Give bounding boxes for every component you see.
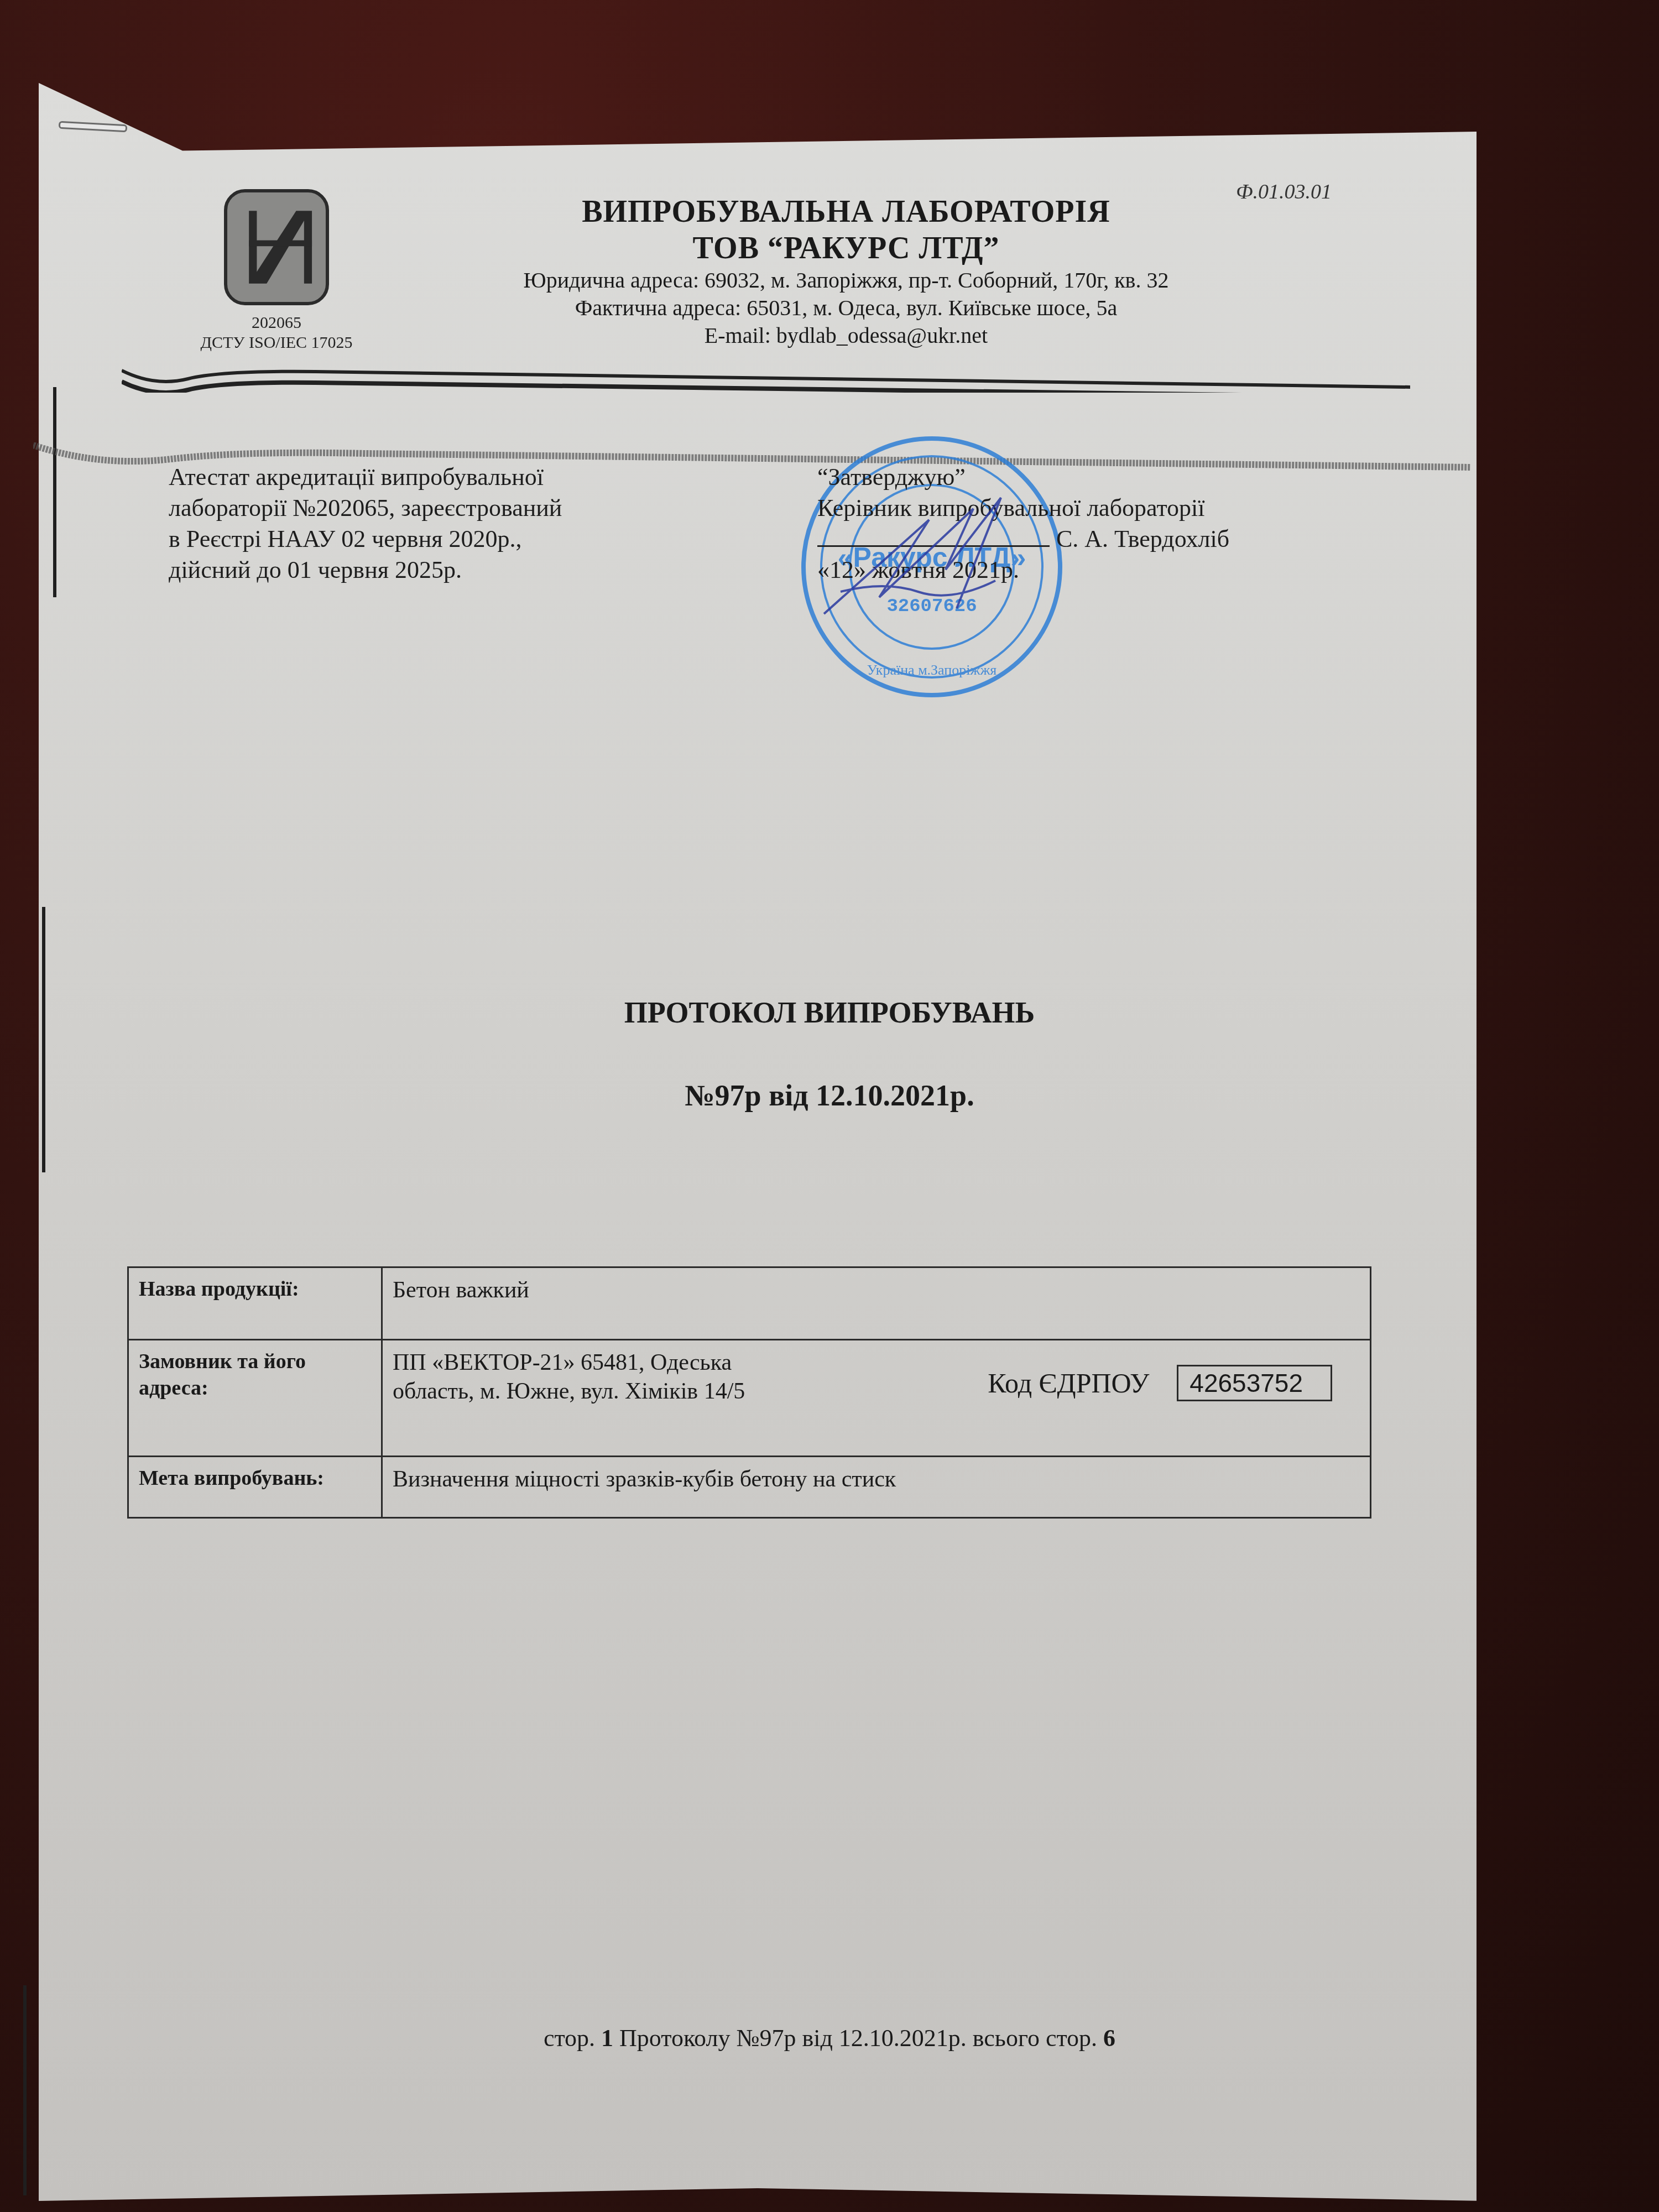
- customer-cell: ПП «ВЕКТОР-21» 65481, Одеська область, м…: [382, 1340, 1371, 1457]
- lab-header: ВИПРОБУВАЛЬНА ЛАБОРАТОРІЯ ТОВ “РАКУРС ЛТ…: [431, 194, 1261, 349]
- actual-address: Фактична адреса: 65031, м. Одеса, вул. К…: [431, 294, 1261, 322]
- customer-label: Замовник та його адреса:: [128, 1340, 382, 1457]
- accreditation-line: Атестат акредитації випробувальної: [169, 462, 562, 493]
- customer-line: область, м. Южне, вул. Хіміків 14/5: [393, 1377, 745, 1406]
- table-row: Замовник та його адреса: ПП «ВЕКТОР-21» …: [128, 1340, 1371, 1457]
- product-info-table: Назва продукції: Бетон важкий Замовник т…: [127, 1266, 1371, 1519]
- lab-logo-icon: [224, 189, 329, 305]
- footer-prefix: стор.: [544, 2025, 595, 2052]
- footer-total-pages: 6: [1103, 2025, 1115, 2052]
- table-row: Мета випробувань: Визначення міцності зр…: [128, 1457, 1371, 1518]
- lab-title-line2: ТОВ “РАКУРС ЛТД”: [431, 230, 1261, 267]
- margin-mark: [23, 1985, 27, 2195]
- accreditation-line: дійсний до 01 червня 2025р.: [169, 555, 562, 586]
- margin-mark: [42, 907, 45, 1172]
- table-row: Назва продукції: Бетон важкий: [128, 1267, 1371, 1340]
- page-footer: стор. 1 Протоколу №97р від 12.10.2021р. …: [0, 2024, 1659, 2052]
- document-page: [39, 83, 1477, 2201]
- stamp-city: Україна м.Запоріжжя: [867, 662, 997, 678]
- customer-address: ПП «ВЕКТОР-21» 65481, Одеська область, м…: [393, 1348, 745, 1406]
- lab-email: E-mail: bydlab_odessa@ukr.net: [431, 322, 1261, 349]
- accreditation-line: лабораторії №202065, зареєстрований: [169, 493, 562, 524]
- document-number: №97р від 12.10.2021р.: [0, 1078, 1659, 1113]
- purpose-label: Мета випробувань:: [128, 1457, 382, 1518]
- edrpou-field: Код ЄДРПОУ 42653752: [988, 1365, 1332, 1401]
- purpose-value: Визначення міцності зразків-кубів бетону…: [382, 1457, 1371, 1518]
- document-title: ПРОТОКОЛ ВИПРОБУВАНЬ: [0, 995, 1659, 1030]
- edrpou-value: 42653752: [1177, 1365, 1332, 1401]
- handwritten-signature: [818, 487, 1051, 630]
- signatory-name: С. А. Твердохліб: [1056, 525, 1229, 552]
- lab-title-line1: ВИПРОБУВАЛЬНА ЛАБОРАТОРІЯ: [431, 194, 1261, 230]
- product-value: Бетон важкий: [382, 1267, 1371, 1340]
- product-label: Назва продукції:: [128, 1267, 382, 1340]
- accreditation-line: в Реєстрі НААУ 02 червня 2020р.,: [169, 524, 562, 555]
- logo-caption: 202065 ДСТУ ISO/IEC 17025: [182, 313, 371, 353]
- footer-middle: Протоколу №97р від 12.10.2021р. всього с…: [619, 2025, 1097, 2052]
- logo-caption-number: 202065: [182, 313, 371, 333]
- customer-line: ПП «ВЕКТОР-21» 65481, Одеська: [393, 1348, 745, 1377]
- logo-caption-standard: ДСТУ ISO/IEC 17025: [182, 333, 371, 353]
- accreditation-block: Атестат акредитації випробувальної лабор…: [169, 462, 562, 586]
- footer-page-number: 1: [601, 2025, 613, 2052]
- edrpou-label: Код ЄДРПОУ: [988, 1369, 1149, 1397]
- margin-mark: [53, 387, 56, 597]
- header-double-rule: [122, 365, 1410, 393]
- legal-address: Юридична адреса: 69032, м. Запоріжжя, пр…: [431, 267, 1261, 294]
